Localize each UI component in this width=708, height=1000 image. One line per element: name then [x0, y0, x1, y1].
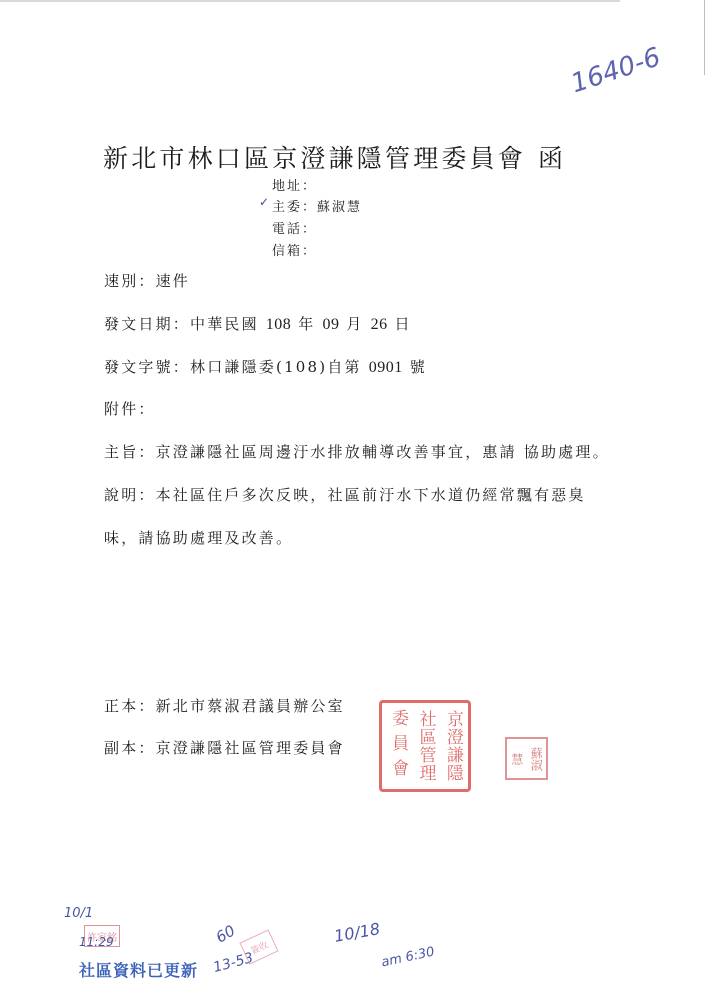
subject-value: 京澄謙隱社區周邊汙水排放輔導改善事宜，惠請 協助處理。	[156, 443, 610, 461]
chair-seal-column-1: 蘇淑	[530, 747, 542, 771]
seal-col3-text: 委員會	[389, 709, 406, 784]
handwritten-note-right-1: 10/18	[333, 919, 382, 946]
address-row: 地址：	[272, 175, 317, 194]
subject-label: 主旨：	[104, 443, 156, 461]
mailbox-label: 信箱：	[272, 240, 317, 259]
seal-column-1: 京澄謙隱	[444, 706, 461, 786]
phone-row: 電話：	[272, 218, 317, 237]
date-era: 中華民國	[190, 315, 259, 333]
committee-seal: 京澄謙隱 社區管理 委員會	[379, 700, 471, 792]
explanation-line-1: 本社區住戶多次反映，社區前汙水下水道仍經常飄有惡臭	[156, 486, 586, 504]
date-month: 09	[322, 316, 339, 333]
original-recipient-row: 正本：新北市蔡淑君議員辦公室	[104, 695, 345, 716]
explanation-continuation: 味，請協助處理及改善。	[104, 527, 293, 548]
seal-col1-text: 京澄謙隱	[444, 710, 461, 782]
speed-row: 速別：速件	[104, 270, 190, 291]
document-title: 新北市林口區京澄謙隱管理委員會函	[103, 139, 566, 175]
reference-row: 發文字號：林口謙隱委(108)自第 0901 號	[104, 356, 427, 377]
handwritten-note-mid-1: 60	[213, 921, 239, 946]
date-day-unit: 日	[395, 315, 412, 333]
date-year: 108	[266, 316, 292, 333]
date-row: 發文日期：中華民國 108 年 09 月 26 日	[104, 313, 412, 334]
attachment-label: 附件：	[104, 400, 156, 418]
original-label: 正本：	[104, 697, 156, 715]
scan-edge-top	[0, 0, 620, 2]
chair-seal-col1-text: 蘇淑	[530, 747, 542, 771]
ref-number: 0901	[369, 359, 403, 376]
chair-label: 主委：	[272, 196, 317, 215]
phone-label: 電話：	[272, 218, 317, 237]
scan-edge-right	[704, 0, 705, 75]
seal-col2-text: 社區管理	[416, 710, 433, 782]
chair-seal: 蘇淑 慧	[505, 737, 548, 780]
ref-prefix: 林口謙隱委(108)自第	[190, 358, 362, 376]
speed-label: 速別：	[104, 272, 156, 290]
copy-recipient-row: 副本：京澄謙隱社區管理委員會	[104, 737, 345, 758]
issuer-name: 新北市林口區京澄謙隱管理委員會	[103, 144, 526, 173]
data-updated-stamp: 社區資料已更新	[79, 958, 198, 981]
check-mark-icon: ✓	[259, 195, 271, 209]
speed-value: 速件	[156, 272, 190, 290]
handwritten-date-note: 10/1	[64, 906, 93, 921]
handwritten-time-note: 11:29	[79, 935, 114, 949]
explanation-label: 說明：	[104, 486, 156, 504]
date-day: 26	[371, 316, 388, 333]
explanation-row: 說明：本社區住戶多次反映，社區前汙水下水道仍經常飄有惡臭	[104, 484, 586, 505]
subject-row: 主旨：京澄謙隱社區周邊汙水排放輔導改善事宜，惠請 協助處理。	[104, 441, 610, 462]
original-value: 新北市蔡淑君議員辦公室	[156, 697, 345, 715]
mailbox-row: 信箱：	[272, 240, 317, 259]
chair-value: 蘇淑慧	[317, 200, 362, 215]
handwritten-file-number: 1640-6	[567, 42, 664, 99]
copy-label: 副本：	[104, 739, 156, 757]
date-label: 發文日期：	[104, 315, 190, 333]
date-month-unit: 月	[346, 315, 363, 333]
ref-label: 發文字號：	[104, 358, 190, 376]
attachment-row: 附件：	[104, 398, 156, 419]
seal-column-3: 委員會	[389, 706, 406, 786]
explanation-line-2: 味，請協助處理及改善。	[104, 529, 293, 547]
chair-seal-column-2: 慧	[511, 753, 523, 765]
address-label: 地址：	[272, 175, 317, 194]
copy-value: 京澄謙隱社區管理委員會	[156, 739, 345, 757]
handwritten-note-right-2: am 6:30	[380, 945, 436, 971]
doc-type: 函	[538, 144, 566, 173]
seal-column-2: 社區管理	[416, 706, 433, 786]
ref-suffix: 號	[410, 358, 427, 376]
chair-row: ✓ 主委：蘇淑慧	[272, 196, 362, 215]
date-year-unit: 年	[298, 315, 315, 333]
chair-seal-col2-text: 慧	[511, 753, 523, 765]
